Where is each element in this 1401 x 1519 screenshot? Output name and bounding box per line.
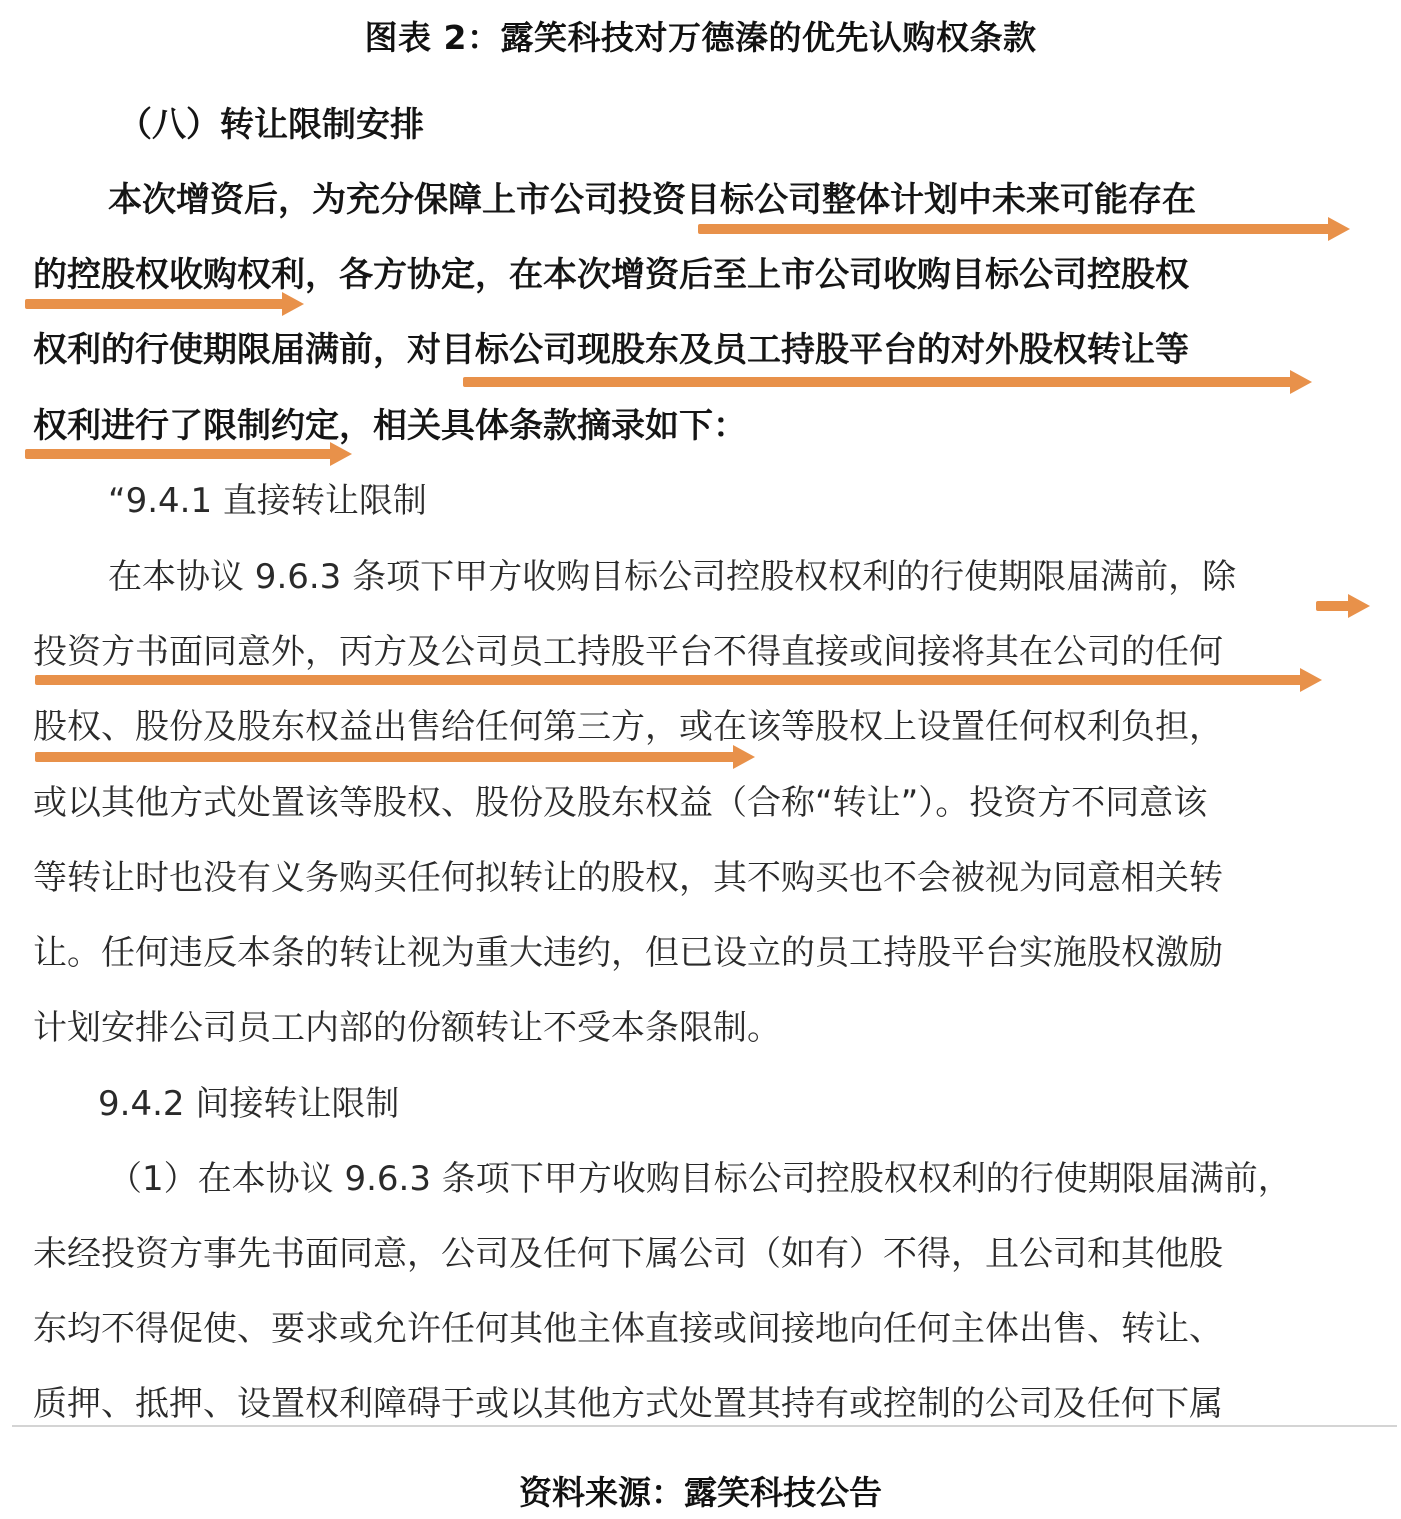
arrowhead-icon [1328, 217, 1350, 241]
clause-941-line-6: 让。任何违反本条的转让视为重大违约，但已设立的员工持股平台实施股权激励 [33, 931, 1223, 975]
arrowhead-icon [733, 745, 755, 769]
clause-941-line-1: 在本协议 9.6.3 条项下甲方收购目标公司控股权权利的行使期限届满前，除 [108, 555, 1236, 599]
clause-942-heading: 9.4.2 间接转让限制 [98, 1082, 399, 1126]
highlight-arrow-7 [35, 752, 755, 762]
clause-942-line-2: 未经投资方事先书面同意，公司及任何下属公司（如有）不得，且公司和其他股 [33, 1232, 1223, 1276]
clause-942-line-1: （1）在本协议 9.6.3 条项下甲方收购目标公司控股权权利的行使期限届满前， [108, 1157, 1292, 1201]
source-note: 资料来源：露笑科技公告 [0, 1467, 1401, 1514]
divider [12, 1425, 1397, 1427]
clause-942-line-4: 质押、抵押、设置权利障碍于或以其他方式处置其持有或控制的公司及任何下属 [33, 1382, 1223, 1426]
clause-941-line-7: 计划安排公司员工内部的份额转让不受本条限制。 [33, 1006, 781, 1050]
highlight-arrow-2 [25, 299, 304, 309]
arrowhead-icon [1300, 668, 1322, 692]
arrowhead-icon [330, 442, 352, 466]
highlight-arrow-4 [25, 449, 352, 459]
highlight-arrow-3 [463, 377, 1312, 387]
intro-line-1: 本次增资后，为充分保障上市公司投资目标公司整体计划中未来可能存在 [108, 178, 1196, 222]
clause-941-line-2: 投资方书面同意外，丙方及公司员工持股平台不得直接或间接将其在公司的任何 [33, 630, 1223, 674]
arrowhead-icon [282, 292, 304, 316]
section-heading: （八）转让限制安排 [118, 103, 424, 147]
clause-941-heading: “9.4.1 直接转让限制 [108, 479, 427, 523]
clause-941-line-4: 或以其他方式处置该等股权、股份及股东权益（合称“转让”）。投资方不同意该 [33, 781, 1207, 825]
figure-title: 图表 2：露笑科技对万德溱的优先认购权条款 [0, 12, 1401, 59]
arrowhead-icon [1348, 594, 1370, 618]
clause-941-line-5: 等转让时也没有义务购买任何拟转让的股权，其不购买也不会被视为同意相关转 [33, 856, 1223, 900]
highlight-arrow-6 [35, 675, 1322, 685]
arrowhead-icon [1290, 370, 1312, 394]
clause-942-line-3: 东均不得促使、要求或允许任何其他主体直接或间接地向任何主体出售、转让、 [33, 1307, 1223, 1351]
highlight-arrow-5 [1316, 601, 1370, 611]
intro-line-3: 权利的行使期限届满前，对目标公司现股东及员工持股平台的对外股权转让等 [33, 328, 1189, 372]
intro-line-4: 权利进行了限制约定，相关具体条款摘录如下： [33, 404, 747, 448]
clause-941-line-3: 股权、股份及股东权益出售给任何第三方，或在该等股权上设置任何权利负担， [33, 705, 1223, 749]
highlight-arrow-1 [698, 224, 1350, 234]
intro-line-2: 的控股权收购权利，各方协定，在本次增资后至上市公司收购目标公司控股权 [33, 253, 1189, 297]
